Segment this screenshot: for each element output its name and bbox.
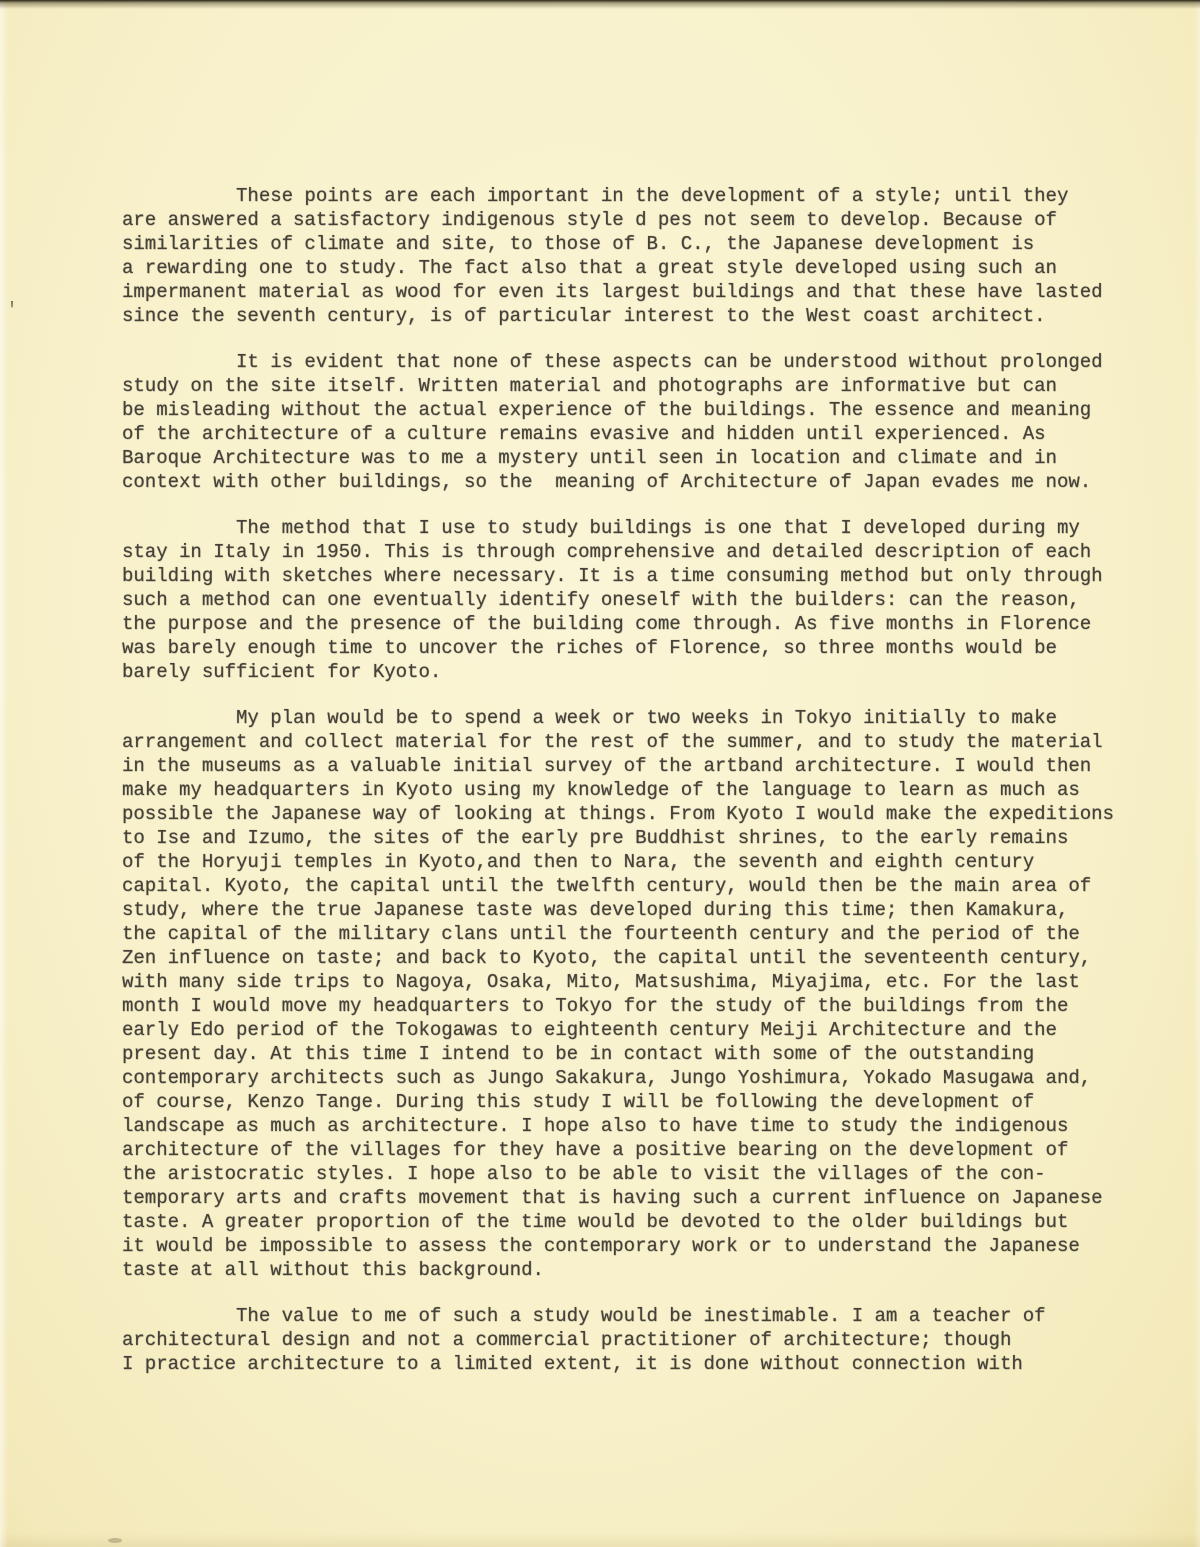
paragraph-study-value: The value to me of such a study would be… [122, 1304, 1172, 1376]
scan-artifact-mark: ' [6, 300, 18, 323]
letter-body: These points are each important in the d… [122, 184, 1172, 1398]
scanned-letter-page: ' These points are each important in the… [0, 0, 1200, 1547]
paragraph-study-method: The method that I use to study buildings… [122, 516, 1172, 684]
paragraph-site-study: It is evident that none of these aspects… [122, 350, 1172, 494]
paragraph-travel-plan: My plan would be to spend a week or two … [122, 706, 1172, 1282]
paragraph-style-development: These points are each important in the d… [122, 184, 1172, 328]
scan-speck [108, 1538, 122, 1543]
